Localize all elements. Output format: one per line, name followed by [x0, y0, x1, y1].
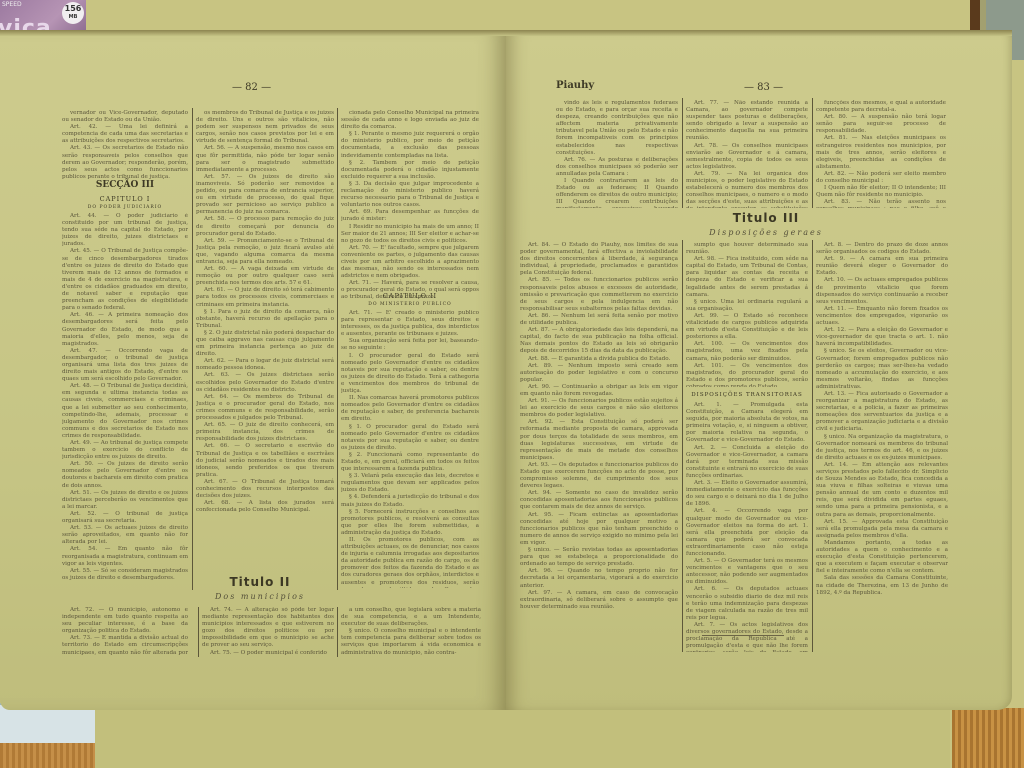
- left-bottom-col3: a um conselho, que legislará sobre a mat…: [341, 607, 481, 657]
- paragraph: II. Nas comarcas haverá promotores publi…: [341, 395, 479, 423]
- paragraph: Art. 48. — O Tribunal de Justiça decidir…: [62, 383, 188, 440]
- paragraph: I Residir no municipio ha mais de um ann…: [341, 224, 479, 245]
- right-page: Piauhy — 83 — vindo ás leis e regulament…: [506, 30, 1012, 710]
- column-rule: [682, 98, 683, 208]
- paragraph: Art. 87. — A obrigatoriedade das leis de…: [520, 327, 678, 355]
- paragraph: Art. 44. — O poder judiciario é constitu…: [62, 213, 188, 248]
- paragraph: Art. 93. — Os deputados e funccionarios …: [520, 462, 678, 490]
- column-rule: [812, 240, 813, 652]
- section-heading: SECÇÃO III: [62, 180, 188, 190]
- column-rule: [337, 607, 338, 657]
- paragraph: § 2. O juiz districtal não poderá despac…: [196, 330, 334, 358]
- paragraph: Art. 70. — E' facultado, sempre que julg…: [341, 245, 479, 280]
- paragraph: Art. 99. — O Estado só reconhece vitalic…: [686, 313, 808, 341]
- left-page: — 82 — vernador ou Vice-Governador, depu…: [0, 30, 506, 710]
- paragraph: § 3. Velará pela execução das leis, decr…: [341, 473, 479, 494]
- paragraph: vindo ás leis e regulamentos federaes ou…: [556, 100, 678, 157]
- paragraph: Art. 11. — Emquanto não forem fixados os…: [816, 306, 948, 327]
- paragraph: § 1. Perante o mesmo juiz requererá o or…: [341, 131, 479, 159]
- paragraph: Art. 88. — E garantida a divida publica …: [520, 356, 678, 363]
- right-bottom-col2-body: Art. 1. — Promulgada esta Constituição, …: [686, 402, 808, 652]
- paragraph: Art. 76. — As posturas e deliberações do…: [556, 157, 678, 178]
- paragraph: Art. 59. — Pronunciamento-se o Tribunal …: [196, 238, 334, 266]
- right-col2: Art. 77. — Não estando reunida a Camara,…: [686, 100, 808, 208]
- paragraph: § 1. Para o juiz de direito da comarca, …: [196, 309, 334, 330]
- paragraph: Art. 101. — Os vencimentos dos magistrad…: [686, 363, 808, 387]
- titulo-subheading: Dos municipios: [180, 592, 340, 601]
- paragraph: Art. 52. — O tribunal de justiça organis…: [62, 511, 188, 525]
- left-bottom-col2: Art. 74. — A alteração só póde ter logar…: [202, 607, 334, 657]
- paragraph: Art. 61. — O juiz de direito só terá cab…: [196, 287, 334, 308]
- titulo-heading: Titulo III: [686, 211, 846, 225]
- left-col2: os membros do Tribunal de Justiça e os j…: [196, 110, 334, 588]
- paragraph: a um conselho, que legislará sobre a mat…: [341, 607, 481, 628]
- column-rule: [337, 108, 338, 590]
- paragraph: Art. 85. — Todos os funccionarios public…: [520, 277, 678, 312]
- paragraph: Art. 2. — Concluida a eleição do Governa…: [686, 445, 808, 480]
- paragraph: Art. 73. — E mantida a divisão actual do…: [62, 635, 188, 657]
- paragraph: Art. 65. — O juiz de direito conhecerá, …: [196, 422, 334, 443]
- paragraph: Art. 56. — A suspensão, mesmo nos casos …: [196, 145, 334, 173]
- paragraph: Art. 15. — Approvada esta Constituição s…: [816, 519, 948, 540]
- paragraph: Art. 96. — Quando no tempo proprio não f…: [520, 568, 678, 589]
- paragraph: Art. 79. — Na lei organica dos municipio…: [686, 171, 808, 208]
- column-rule: [198, 607, 199, 657]
- paragraph: Art. 91. — Os funccionarios publicos est…: [520, 398, 678, 419]
- paragraph: Art. 82. — Não poderá ser eleito membro …: [816, 171, 946, 185]
- chapter-subheading: DO MINISTERIO PUBLICO: [341, 302, 479, 307]
- paragraph: Art. 42. — Uma lei definirá a competenci…: [62, 124, 188, 145]
- paragraph: Art. 4. — Occorrendo vaga por qualquer m…: [686, 508, 808, 558]
- paragraph: Sala das sessões da Camara Constituinte,…: [816, 575, 948, 596]
- paragraph: Art. 63. — Os juizes districtaes serão e…: [196, 372, 334, 393]
- paragraph: Art. 9. — A camara em sua primeira reuni…: [816, 256, 948, 277]
- paragraph: Art. 95. — Ficam extinctas as aposentado…: [520, 512, 678, 547]
- paragraph: Art. 69. Para desempenhar as funcções de…: [341, 209, 479, 223]
- paragraph: Art. 89. — Nenhum imposto será creado se…: [520, 363, 678, 384]
- paragraph: Art. 94. — Somente no caso de invalidez …: [520, 490, 678, 511]
- paragraph: § 2. Funccionará como representante do E…: [341, 452, 479, 473]
- paragraph: Art. 58. — O processo para remoção do ju…: [196, 216, 334, 237]
- paragraph: sumpto que houver determinado sua reuniã…: [686, 242, 808, 256]
- paragraph: Art. 3. — Eleito o Governador assumirá, …: [686, 480, 808, 508]
- paragraph: Art. 75. — O poder municipal é conferido: [202, 650, 334, 657]
- paragraph: Art. 77. — Não estando reunida a Camara,…: [686, 100, 808, 143]
- paragraph: § 2. Tambem por meio de petição document…: [341, 160, 479, 181]
- paragraph: Art. 50. — Os juizes de direito serão no…: [62, 461, 188, 489]
- page-edge: [0, 30, 506, 36]
- paragraph: I. O procurador geral do Estado será nom…: [341, 353, 479, 396]
- paragraph: Art. 43. — Os secretarios de Estado não …: [62, 145, 188, 180]
- paragraph: Art. 81. — Nas eleições municipaes os es…: [816, 135, 946, 170]
- paragraph: Art. 45. — O Tribunal de Justiça compõe-…: [62, 248, 188, 312]
- paragraph: Art. 62. — Para o logar de juiz district…: [196, 358, 334, 372]
- paragraph: Art. 80. — A suspensão não terá logar se…: [816, 114, 946, 135]
- paragraph: Art. 98. — Fica instituido, com séde na …: [686, 256, 808, 299]
- paragraph: § 5. Fornecerá instrucções e conselhos a…: [341, 509, 479, 537]
- paragraph: I Quem não fôr eleitor; II O intendente;…: [816, 185, 946, 199]
- paragraph: funcções dos mesmos, e qual a autoridade…: [816, 100, 946, 114]
- paragraph: § unico. Se os eleitos, Governador ou vi…: [816, 348, 948, 391]
- paragraph: Art. 49. — Ao tribunal de justiça compet…: [62, 440, 188, 461]
- paragraph: Art. 84. — O Estado do Piauhy, nos limit…: [520, 242, 678, 277]
- column-rule: [682, 240, 683, 652]
- magazine-badge: 156MB: [62, 2, 84, 24]
- paragraph: Art. 83. — Não terão assento nos conselh…: [816, 199, 946, 208]
- paragraph: Art. 68. — A lista dos jurados será conf…: [196, 500, 334, 514]
- magazine-speed-text: SPEED: [2, 1, 22, 8]
- paragraph: II. Os promotores publicos, com as attri…: [341, 537, 479, 588]
- paragraph: Art. 92. — Esta Constituição só poderá s…: [520, 419, 678, 462]
- right-bottom-col1: Art. 84. — O Estado do Piauhy, nos limit…: [520, 242, 678, 652]
- chapter-subheading: DO PODER JUDICIARIO: [62, 205, 188, 210]
- paragraph: Art. 100. — Os vencimentos dos magistrad…: [686, 341, 808, 362]
- paragraph: Art. 5. — O Governador terá os mesmos ve…: [686, 558, 808, 586]
- paragraph: Art. 67. — O Tribunal de Justiça tomará …: [196, 479, 334, 500]
- paragraph: cionada pelo Conselho Municipal na prime…: [341, 110, 479, 131]
- paragraph: Art. 46. — A primeira nomeação dos desem…: [62, 312, 188, 347]
- paragraph: Art. 55. — Só se consideram magistrados …: [62, 568, 188, 582]
- paragraph: Art. 90. — Continuarão a obrigar as leis…: [520, 384, 678, 398]
- paragraph: § unico. Na organização da magistratura,…: [816, 434, 948, 462]
- paragraph: § unico. Uma lei ordinaria regulará a su…: [686, 299, 808, 313]
- paragraph: Art. 10. — Os actuaes empregados publico…: [816, 277, 948, 305]
- column-rule: [192, 108, 193, 590]
- paragraph: Art. 72. — O municipio, autonomo e indep…: [62, 607, 188, 635]
- paragraph: Art. 64. — Os membros do Tribunal de Jus…: [196, 394, 334, 422]
- paragraph: vernador ou Vice-Governador, deputado ou…: [62, 110, 188, 124]
- chapter-heading: CAPITULO II: [341, 292, 479, 300]
- transitorias-heading: DISPOSIÇÕES TRANSITORIAS: [686, 392, 808, 398]
- paragraph: Art. 8. — Dentro do prazo de doze annos …: [816, 242, 948, 256]
- paragraph: Art. 1. — Promulgada esta Constituição, …: [686, 402, 808, 445]
- paragraph: Art. 78. — Os conselhos municipaes envia…: [686, 143, 808, 171]
- paragraph: Art. 6. — Os deputados actuaes vencerão …: [686, 586, 808, 621]
- left-col3-top: cionada pelo Conselho Municipal na prime…: [341, 110, 479, 310]
- right-col3: funcções dos mesmos, e qual a autoridade…: [816, 100, 946, 208]
- background-wood-right: [952, 708, 1024, 768]
- page-edge: [506, 30, 1012, 36]
- paragraph: Art. 71. — E' creado o ministerio public…: [341, 310, 479, 338]
- titulo-heading: Titulo II: [180, 575, 340, 589]
- chapter-heading: CAPITULO I: [62, 195, 188, 203]
- right-col1: vindo ás leis e regulamentos federaes ou…: [556, 100, 678, 208]
- column-rule: [812, 98, 813, 208]
- paragraph: os membros do Tribunal de Justiça e os j…: [196, 110, 334, 145]
- paragraph: Art. 51. — Os juizes de direito e os jui…: [62, 490, 188, 511]
- open-book: — 82 — vernador ou Vice-Governador, depu…: [0, 30, 1012, 710]
- right-bottom-col3: Art. 8. — Dentro do prazo de doze annos …: [816, 242, 948, 652]
- paragraph: § 3. Da decisão que julgar improcedente …: [341, 181, 479, 209]
- background-wood-left: [0, 743, 95, 768]
- left-col3-body: Art. 71. — E' creado o ministerio public…: [341, 310, 479, 588]
- paragraph: Art. 12. — Para a eleição do Governador …: [816, 327, 948, 348]
- page-number-left: — 82 —: [232, 82, 271, 93]
- paragraph: Art. 97. — A camara, em caso de convocaç…: [520, 590, 678, 611]
- paragraph: Art. 53. — Os actuaes juizes de direito …: [62, 525, 188, 546]
- right-bottom-col2-top: sumpto que houver determinado sua reuniã…: [686, 242, 808, 387]
- paragraph: Art. 86. — Nenhum lei será feita senão p…: [520, 313, 678, 327]
- paragraph: Sua organização será feita por lei, base…: [341, 338, 479, 352]
- paragraph: § 1. O procurador geral do Estado será n…: [341, 424, 479, 452]
- paragraph: Art. 74. — A alteração só póde ter logar…: [202, 607, 334, 650]
- paragraph: Art. 60. — A vaga deixada em virtude de …: [196, 266, 334, 287]
- paragraph: Art. 47. — Occorrendo vaga de desembarga…: [62, 348, 188, 383]
- paragraph: Art. 14. — Em attenção aos relevantes se…: [816, 462, 948, 519]
- left-col1-body: Art. 44. — O poder judiciario é constitu…: [62, 213, 188, 588]
- paragraph: § unico. — Serão revistas todas as apose…: [520, 547, 678, 568]
- paragraph: Art. 54. — Em quanto não fôr reorganisad…: [62, 546, 188, 567]
- paragraph: I Quando contrariarem as leis do Estado …: [556, 178, 678, 208]
- left-bottom-col1: Art. 72. — O municipio, autonomo e indep…: [62, 607, 188, 657]
- paragraph: Mandamos portanto, a todas as autoridade…: [816, 540, 948, 575]
- background-sheet-bottom: [90, 700, 950, 768]
- running-head: Piauhy: [556, 80, 594, 91]
- paragraph: Art. 57. — Os juizes de direito são inam…: [196, 174, 334, 217]
- paragraph: Art. 13. — Fica autorisado o Governador …: [816, 391, 948, 434]
- paragraph: § unico. O conselho municipal e o intend…: [341, 628, 481, 656]
- end-rule: [702, 635, 784, 636]
- paragraph: Art. 7. — Os actos legislativos dos dive…: [686, 622, 808, 652]
- paragraph: § 4. Defenderá a jurisdicção do tribunal…: [341, 494, 479, 508]
- titulo-subheading: Disposições geraes: [686, 228, 846, 237]
- paragraph: Art. 66. — O secretario e escrivão do Tr…: [196, 443, 334, 478]
- page-number-right: — 83 —: [744, 82, 783, 93]
